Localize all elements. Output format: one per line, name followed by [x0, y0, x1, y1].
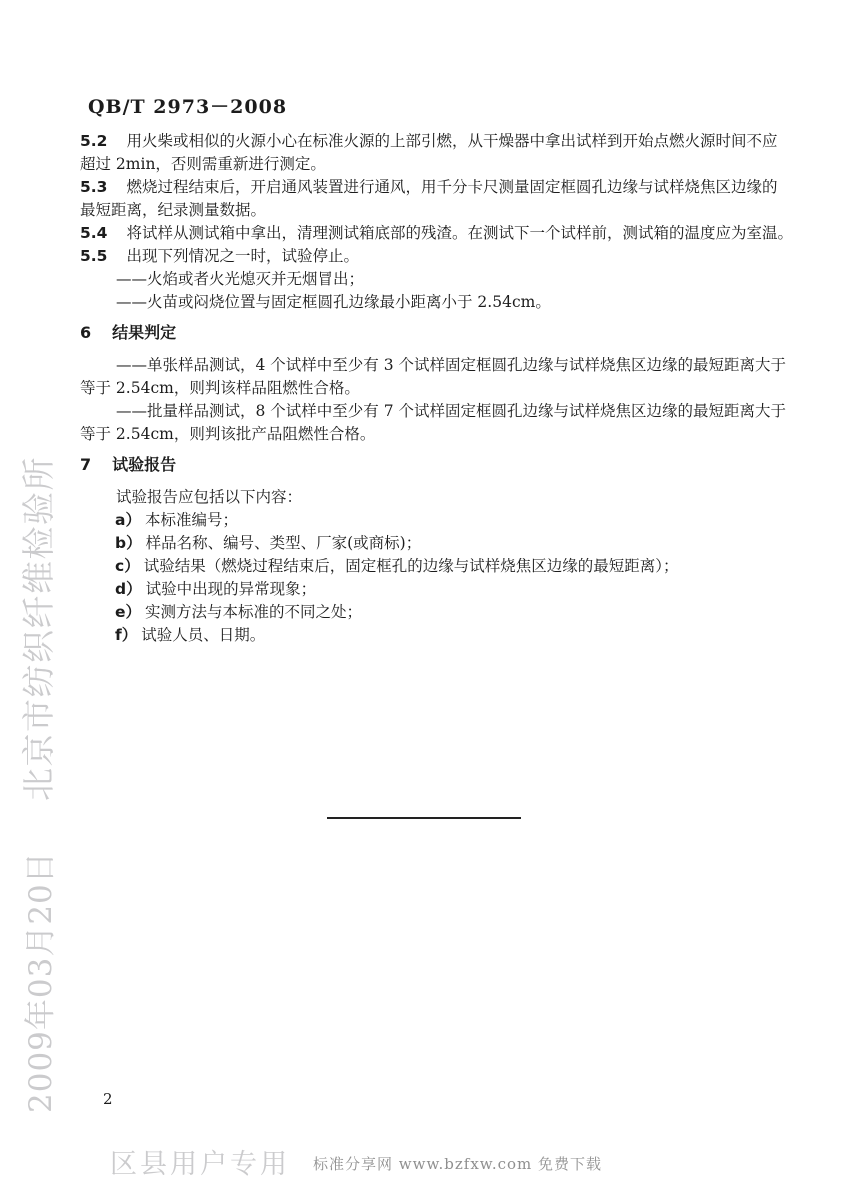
list-item: f）试验人员、日期。: [80, 624, 775, 647]
list-item-marker: e）: [115, 603, 141, 621]
list-item-marker: c）: [115, 557, 140, 575]
section-title: 结果判定: [112, 323, 176, 342]
paragraph-text: ——批量样品测试，8 个试样中至少有 7 个试样固定框圆孔边缘与试样烧焦区边缘的…: [116, 402, 786, 420]
list-item-marker: b）: [115, 534, 142, 552]
paragraph-line: ——火焰或者火光熄灭并无烟冒出；: [80, 268, 775, 291]
document-body: 5.2用火柴或相似的火源小心在标准火源的上部引燃，从干燥器中拿出试样到开始点燃火…: [80, 130, 775, 647]
clause-line: 5.2用火柴或相似的火源小心在标准火源的上部引燃，从干燥器中拿出试样到开始点燃火…: [80, 130, 775, 153]
list-item-marker: d）: [115, 580, 142, 598]
page-number: 2: [103, 1090, 113, 1108]
clause-number: 5.5: [80, 247, 107, 265]
paragraph-line: 等于 2.54cm，则判该批产品阻燃性合格。: [80, 423, 775, 446]
clause-line: 5.3燃烧过程结束后，开启通风装置进行通风，用千分卡尺测量固定框圆孔边缘与试样烧…: [80, 176, 775, 199]
list-item: e）实测方法与本标准的不同之处；: [80, 601, 775, 624]
clause-text: 出现下列情况之一时，试验停止。: [126, 247, 359, 265]
list-item-text: 试验中出现的异常现象；: [146, 580, 317, 598]
section-number: 7: [80, 455, 91, 474]
section-title: 试验报告: [112, 455, 176, 474]
clause-line: 超过 2min，否则需重新进行测定。: [80, 153, 775, 176]
watermark-institute: 北京市纺织纤维检验所: [13, 456, 60, 801]
end-of-text-rule: [327, 817, 521, 819]
paragraph-line: ——单张样品测试，4 个试样中至少有 3 个试样固定框圆孔边缘与试样烧焦区边缘的…: [80, 354, 775, 377]
paragraph-line: ——火苗或闷烧位置与固定框圆孔边缘最小距离小于 2.54cm。: [80, 291, 775, 314]
paragraph-text: ——火苗或闷烧位置与固定框圆孔边缘最小距离小于 2.54cm。: [116, 293, 551, 311]
clause-text: 用火柴或相似的火源小心在标准火源的上部引燃，从干燥器中拿出试样到开始点燃火源时间…: [126, 132, 777, 150]
list-item-marker: a）: [115, 511, 141, 529]
section-heading: 6结果判定: [80, 321, 775, 344]
document-page: QB/T 2973－2008 5.2用火柴或相似的火源小心在标准火源的上部引燃，…: [0, 0, 849, 1200]
list-item-text: 实测方法与本标准的不同之处；: [145, 603, 362, 621]
clause-text: 燃烧过程结束后，开启通风装置进行通风，用千分卡尺测量固定框圆孔边缘与试样烧焦区边…: [126, 178, 777, 196]
clause-line: 5.5出现下列情况之一时，试验停止。: [80, 245, 775, 268]
watermark-date: 2009年03月20日: [15, 851, 60, 1113]
clause-text: 超过 2min，否则需重新进行测定。: [80, 155, 326, 173]
clause-text: 最短距离，纪录测量数据。: [80, 201, 266, 219]
list-item-text: 样品名称、编号、类型、厂家(或商标)；: [146, 534, 422, 552]
list-item: c）试验结果（燃烧过程结束后，固定框孔的边缘与试样烧焦区边缘的最短距离）；: [80, 555, 775, 578]
list-item: a）本标准编号；: [80, 509, 775, 532]
clause-text: 将试样从测试箱中拿出，清理测试箱底部的残渣。在测试下一个试样前，测试箱的温度应为…: [126, 224, 793, 242]
list-item-text: 试验结果（燃烧过程结束后，固定框孔的边缘与试样烧焦区边缘的最短距离）；: [144, 557, 679, 575]
clause-line: 5.4将试样从测试箱中拿出，清理测试箱底部的残渣。在测试下一个试样前，测试箱的温…: [80, 222, 775, 245]
paragraph-text: 等于 2.54cm，则判该批产品阻燃性合格。: [80, 425, 375, 443]
clause-number: 5.3: [80, 178, 107, 196]
watermark-district-users: 区县用户专用: [110, 1142, 290, 1181]
list-item-marker: f）: [115, 626, 137, 644]
share-site-note: 标准分享网 www.bzfxw.com 免费下载: [313, 1153, 602, 1174]
paragraph-line: 等于 2.54cm，则判该样品阻燃性合格。: [80, 377, 775, 400]
section-heading: 7试验报告: [80, 453, 775, 476]
list-item: b）样品名称、编号、类型、厂家(或商标)；: [80, 532, 775, 555]
standard-number-header: QB/T 2973－2008: [88, 92, 287, 119]
clause-number: 5.4: [80, 224, 107, 242]
paragraph-text: 试验报告应包括以下内容：: [116, 488, 302, 506]
section-number: 6: [80, 323, 91, 342]
paragraph-line: ——批量样品测试，8 个试样中至少有 7 个试样固定框圆孔边缘与试样烧焦区边缘的…: [80, 400, 775, 423]
paragraph-text: 等于 2.54cm，则判该样品阻燃性合格。: [80, 379, 360, 397]
list-item-text: 试验人员、日期。: [141, 626, 265, 644]
clause-line: 最短距离，纪录测量数据。: [80, 199, 775, 222]
paragraph-text: ——火焰或者火光熄灭并无烟冒出；: [116, 270, 364, 288]
list-item-text: 本标准编号；: [145, 511, 238, 529]
paragraph-text: ——单张样品测试，4 个试样中至少有 3 个试样固定框圆孔边缘与试样烧焦区边缘的…: [116, 356, 786, 374]
paragraph-line: 试验报告应包括以下内容：: [80, 486, 775, 509]
clause-number: 5.2: [80, 132, 107, 150]
list-item: d）试验中出现的异常现象；: [80, 578, 775, 601]
